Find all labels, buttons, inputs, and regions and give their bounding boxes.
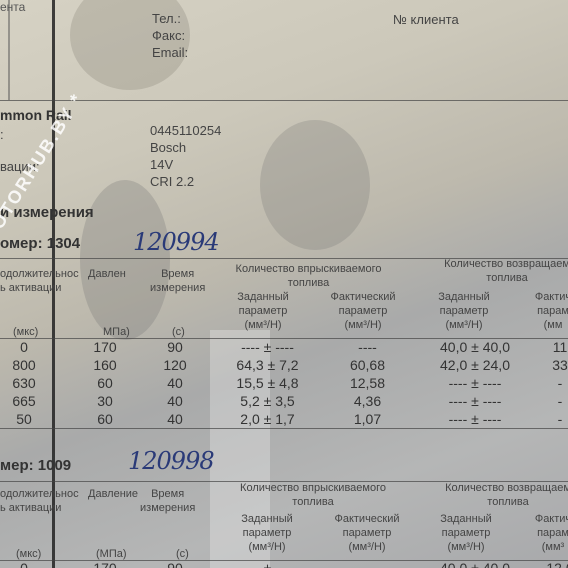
cell-inj-actual: 60,68 (320, 357, 415, 373)
injector-voltage: 14V (150, 156, 173, 173)
col-time-header: Времяизмерения (140, 487, 195, 515)
unit-pressure: (МПа) (96, 547, 127, 561)
handwritten-number: 120998 (128, 447, 214, 475)
cell-ret-set: 40,0 ± 40,0 (425, 560, 525, 568)
cell-inj-set: 15,5 ± 4,8 (220, 375, 315, 391)
cell-inj-set: 5,2 ± 3,5 (220, 393, 315, 409)
cell-ret-actual: 12,0 (540, 560, 568, 568)
cell-duration: 0 (0, 339, 48, 355)
unit-duration: (мкс) (16, 547, 41, 561)
cell-time: 40 (150, 411, 200, 427)
cell-time: 120 (150, 357, 200, 373)
col-returned-group-header: Количество возвращаемтоплива (427, 257, 568, 285)
cell-pressure: 30 (80, 393, 130, 409)
cell-inj-set: 64,3 ± 7,2 (220, 357, 315, 373)
table-border (8, 0, 10, 100)
col-injected-group-header: Количество впрыскиваемоготоплива (226, 262, 391, 290)
cell-inj-actual: 12,58 (320, 375, 415, 391)
phone-label: Тел.: (152, 10, 181, 27)
shadow (260, 120, 370, 250)
unit-pressure: МПа) (103, 325, 130, 339)
cell-inj-actual: 4,36 (320, 393, 415, 409)
cell-inj-set: ---- ± ---- (220, 339, 315, 355)
cell-duration: 50 (0, 411, 48, 427)
col-pressure-header: Давлен (88, 267, 126, 281)
unit-time: (с) (172, 325, 185, 339)
cell-inj-actual: 1,07 (320, 411, 415, 427)
cell-pressure: 60 (80, 411, 130, 427)
cell-pressure: 160 (80, 357, 130, 373)
cell-duration: 665 (0, 393, 48, 409)
fax-label: Факс: (152, 27, 185, 44)
cell-pressure: 170 (80, 560, 130, 568)
email-label: Email: (152, 44, 188, 61)
cell-ret-actual: 11 (540, 339, 568, 355)
injector-brand: Bosch (150, 139, 186, 156)
col-inj-actual-header: Фактическийпараметр(мм³/Н) (318, 290, 408, 332)
cell-inj-actual: ---- (320, 560, 415, 568)
col-inj-set-header: Заданныйпараметр(мм³/Н) (232, 512, 302, 554)
injector-serial: омер: 1304 (0, 235, 80, 252)
col-duration-header: одолжительнось активации (0, 267, 79, 295)
cell-inj-set: ---- ± ---- (220, 560, 315, 568)
col-duration-header: одолжительнось активации (0, 487, 79, 515)
injector-number-label: : (0, 126, 4, 143)
cell-inj-actual: ---- (320, 339, 415, 355)
cell-time: 40 (150, 393, 200, 409)
cell-ret-set: ---- ± ---- (425, 375, 525, 391)
col-returned-group-header: Количество возвращаемтоплива (428, 481, 568, 509)
cell-ret-set: ---- ± ---- (425, 393, 525, 409)
unit-duration: (мкс) (13, 325, 38, 339)
cell-pressure: 170 (80, 339, 130, 355)
injector-model: CRI 2.2 (150, 173, 194, 190)
col-ret-set-header: Заданныйпараметр(мм³/Н) (430, 512, 502, 554)
cell-time: 90 (150, 339, 200, 355)
divider (0, 428, 568, 429)
cell-duration: 0 (0, 560, 48, 568)
client-label: ента (0, 0, 25, 14)
col-ret-actual-header: Фактичпарам(мм³ (528, 512, 568, 554)
cell-time: 90 (150, 560, 200, 568)
cell-ret-set: 40,0 ± 40,0 (425, 339, 525, 355)
cell-ret-set: ---- ± ---- (425, 411, 525, 427)
cell-ret-actual: - (540, 375, 568, 391)
cell-ret-actual: 33 (540, 357, 568, 373)
col-time-header: Времяизмерения (150, 267, 205, 295)
injector-serial: мер: 1009 (0, 457, 71, 474)
cell-time: 40 (150, 375, 200, 391)
col-ret-set-header: Заданныйпараметр(мм³/Н) (428, 290, 500, 332)
col-inj-actual-header: Фактическийпараметр(мм³/Н) (322, 512, 412, 554)
cell-inj-set: 2,0 ± 1,7 (220, 411, 315, 427)
cell-ret-actual: - (540, 411, 568, 427)
col-inj-set-header: Заданныйпараметр(мм³/Н) (228, 290, 298, 332)
col-pressure-header: Давление (88, 487, 138, 501)
col-injected-group-header: Количество впрыскиваемоготоплива (228, 481, 398, 509)
injector-number: 0445110254 (150, 122, 221, 139)
client-number-label: № клиента (393, 11, 459, 28)
cell-ret-set: 42,0 ± 24,0 (425, 357, 525, 373)
cell-ret-actual: - (540, 393, 568, 409)
cell-duration: 630 (0, 375, 48, 391)
unit-time: (с) (176, 547, 189, 561)
col-ret-actual-header: Фактичпарам(мм (528, 290, 568, 332)
cell-pressure: 60 (80, 375, 130, 391)
cell-duration: 800 (0, 357, 48, 373)
handwritten-number: 120994 (133, 228, 219, 256)
